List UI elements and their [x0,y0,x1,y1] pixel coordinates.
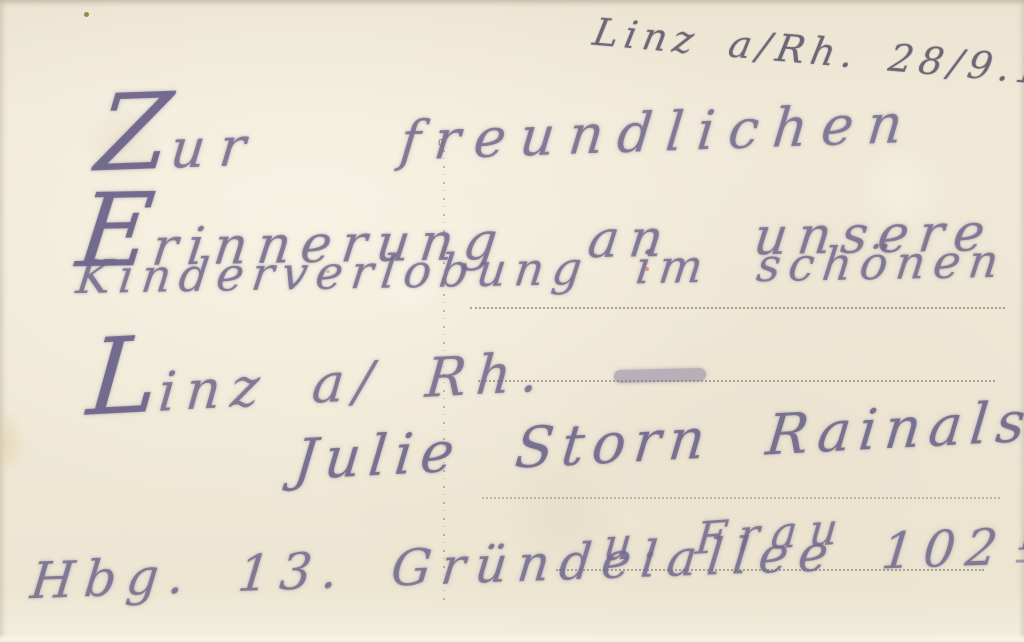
paper-speck [84,12,89,17]
address-ruling-line-2 [478,380,995,382]
address-text: Hbg. 13. Gründelallee 102 [28,518,1010,610]
card-bottom-edge [0,635,1024,642]
pencil-dash-mark [614,368,706,383]
address-handwriting: Hbg. 13. Gründelallee 102I [28,517,1024,612]
postcard-back: O Linz a/Rh. 28/9.18 Zur freundlichen Er… [0,0,1024,642]
address-ruling-line-3 [482,497,1000,499]
address-floor-numeral: I [1016,517,1024,563]
paper-speck [645,267,649,271]
paper-stain [0,408,26,478]
paper-speck [326,270,330,273]
